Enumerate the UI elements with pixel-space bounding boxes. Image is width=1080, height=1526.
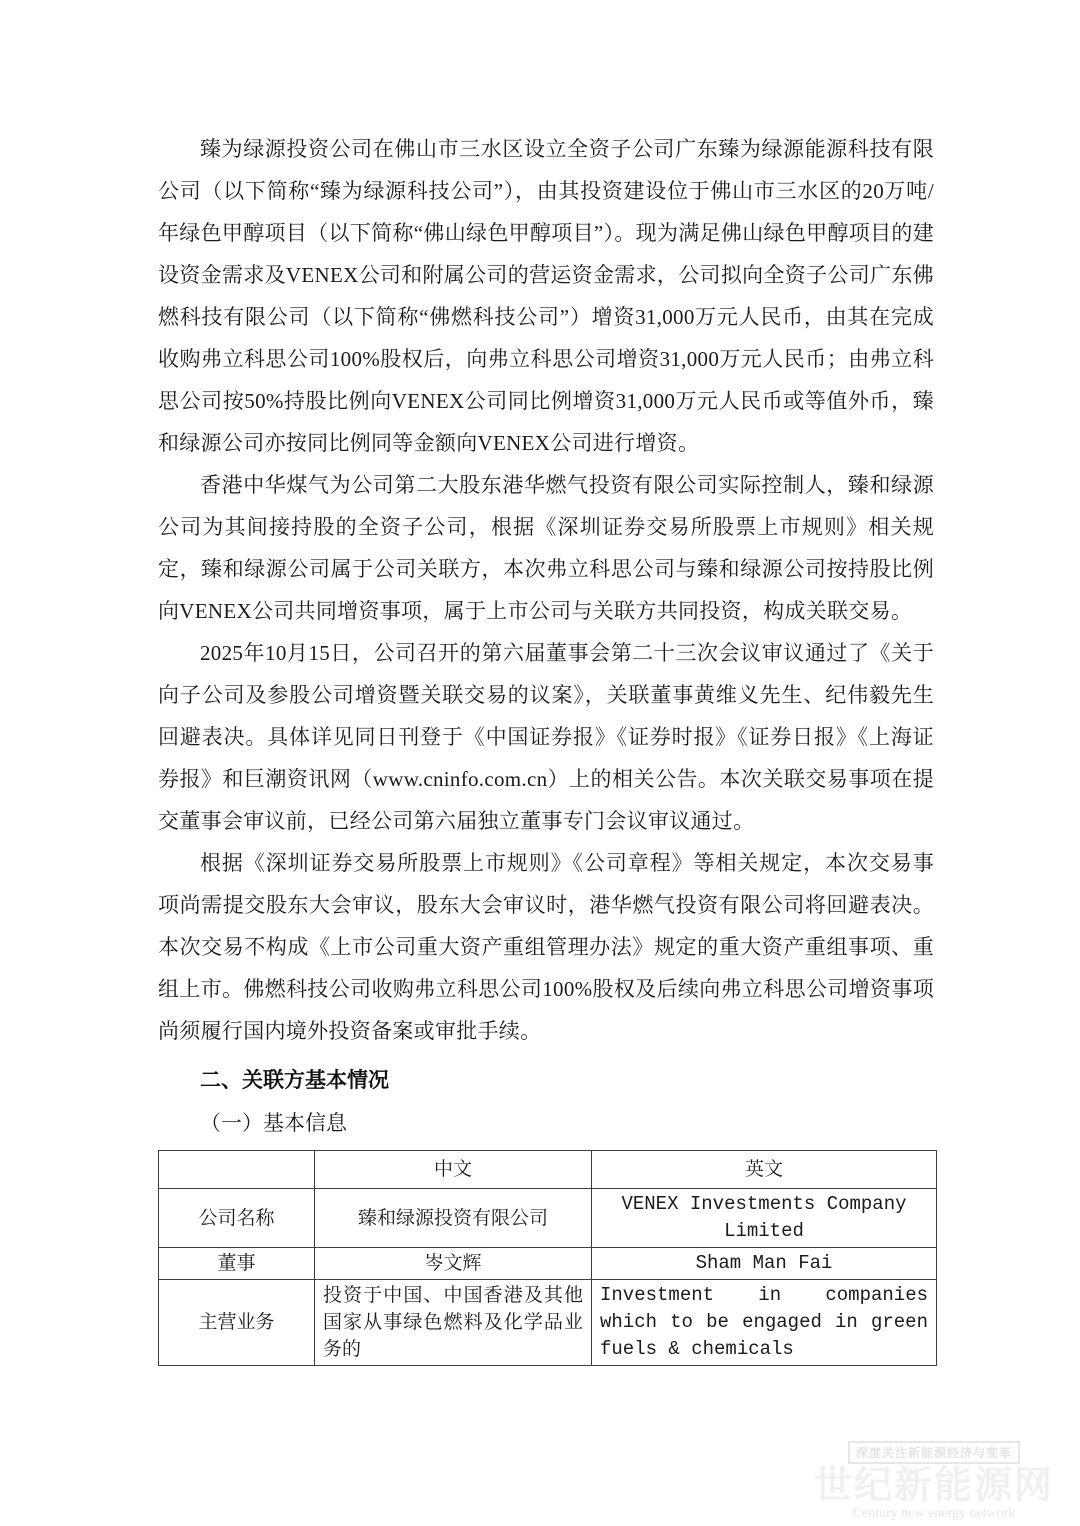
document-page: 臻为绿源投资公司在佛山市三水区设立全资子公司广东臻为绿源能源科技有限公司（以下简… — [0, 0, 1080, 1526]
row-label-cell: 董事 — [159, 1248, 315, 1280]
en-cell: Investment in companies which to be enga… — [592, 1280, 937, 1366]
row-label-cell: 主营业务 — [159, 1280, 315, 1366]
watermark-subtitle: Century new energy network — [808, 1506, 1060, 1522]
table-row-director: 董事 岑文辉 Sham Man Fai — [159, 1248, 937, 1280]
header-english-cell: 英文 — [592, 1151, 937, 1189]
watermark-logo-text: 世纪新能源网 — [808, 1466, 1060, 1506]
row-label-cell: 公司名称 — [159, 1189, 315, 1248]
site-watermark: 深度关注新能源经济与变革 世纪新能源网 Century new energy n… — [808, 1441, 1060, 1522]
header-blank-cell — [159, 1151, 315, 1189]
table-header-row: 中文 英文 — [159, 1151, 937, 1189]
zh-cell: 臻和绿源投资有限公司 — [315, 1189, 592, 1248]
document-body: 臻为绿源投资公司在佛山市三水区设立全资子公司广东臻为绿源能源科技有限公司（以下简… — [158, 128, 934, 1366]
table-row-company-name: 公司名称 臻和绿源投资有限公司 VENEX Investments Compan… — [159, 1189, 937, 1248]
watermark-tagline: 深度关注新能源经济与变革 — [848, 1441, 1020, 1464]
zh-cell: 投资于中国、中国香港及其他国家从事绿色燃料及化学品业务的 — [315, 1280, 592, 1366]
paragraph-related-party: 香港中华煤气为公司第二大股东港华燃气投资有限公司实际控制人，臻和绿源公司为其间接… — [158, 464, 934, 632]
paragraph-capital-increase: 臻为绿源投资公司在佛山市三水区设立全资子公司广东臻为绿源能源科技有限公司（以下简… — [158, 128, 934, 464]
table-row-main-business: 主营业务 投资于中国、中国香港及其他国家从事绿色燃料及化学品业务的 Invest… — [159, 1280, 937, 1366]
section-heading: 二、关联方基本情况 — [158, 1060, 934, 1102]
en-cell: VENEX Investments Company Limited — [592, 1189, 937, 1248]
paragraph-board-meeting: 2025年10月15日，公司召开的第六届董事会第二十三次会议审议通过了《关于向子… — [158, 632, 934, 842]
paragraph-approval-procedures: 根据《深圳证券交易所股票上市规则》《公司章程》等相关规定，本次交易事项尚需提交股… — [158, 842, 934, 1052]
subsection-heading: （一）基本信息 — [158, 1102, 934, 1144]
en-cell: Sham Man Fai — [592, 1248, 937, 1280]
basic-info-table: 中文 英文 公司名称 臻和绿源投资有限公司 VENEX Investments … — [158, 1150, 937, 1366]
header-chinese-cell: 中文 — [315, 1151, 592, 1189]
zh-cell: 岑文辉 — [315, 1248, 592, 1280]
